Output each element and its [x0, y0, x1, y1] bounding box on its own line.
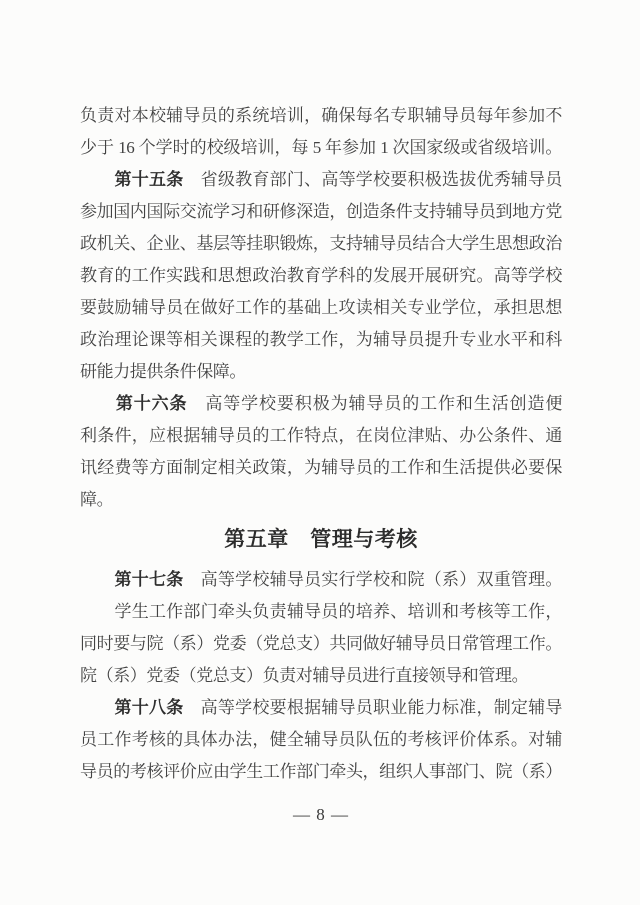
- document-page: 负责对本校辅导员的系统培训，确保每名专职辅导员每年参加不少于 16 个学时的校级…: [0, 0, 640, 905]
- text-line: 导员的考核评价应由学生工作部门牵头，组织人事部门、院（系）: [80, 756, 562, 788]
- text-line: 同时要与院（系）党委（党总支）共同做好辅导员日常管理工作。: [80, 628, 562, 660]
- text-line: 院（系）党委（党总支）负责对辅导员进行直接领导和管理。: [80, 660, 562, 692]
- text-line: 障。: [80, 484, 562, 516]
- text-line: 负责对本校辅导员的系统培训，确保每名专职辅导员每年参加不: [80, 100, 562, 132]
- document-lines: 负责对本校辅导员的系统培训，确保每名专职辅导员每年参加不少于 16 个学时的校级…: [80, 100, 562, 788]
- text-line: 员工作考核的具体办法，健全辅导员队伍的考核评价体系。对辅: [80, 724, 562, 756]
- text-line: 第十八条 高等学校要根据辅导员职业能力标准，制定辅导: [80, 692, 562, 724]
- text-line: 参加国内国际交流学习和研修深造，创造条件支持辅导员到地方党: [80, 196, 562, 228]
- text-line: 少于 16 个学时的校级培训，每 5 年参加 1 次国家级或省级培训。: [80, 132, 562, 164]
- text-line: 政治理论课等相关课程的教学工作，为辅导员提升专业水平和科: [80, 324, 562, 356]
- text-line: 政机关、企业、基层等挂职锻炼，支持辅导员结合大学生思想政治: [80, 228, 562, 260]
- text-line: 学生工作部门牵头负责辅导员的培养、培训和考核等工作，: [80, 596, 562, 628]
- page-number: — 8 —: [293, 805, 349, 824]
- chapter-heading: 第五章 管理与考核: [80, 524, 562, 556]
- text-line: 第十五条 省级教育部门、高等学校要积极选拔优秀辅导员: [80, 164, 562, 196]
- text-line: 利条件，应根据辅导员的工作特点，在岗位津贴、办公条件、通: [80, 420, 562, 452]
- text-line: 第十六条 高等学校要积极为辅导员的工作和生活创造便: [80, 388, 562, 420]
- page-content: 负责对本校辅导员的系统培训，确保每名专职辅导员每年参加不少于 16 个学时的校级…: [80, 100, 562, 831]
- text-line: 要鼓励辅导员在做好工作的基础上攻读相关专业学位，承担思想: [80, 292, 562, 324]
- text-line: 讯经费等方面制定相关政策，为辅导员的工作和生活提供必要保: [80, 452, 562, 484]
- text-line: 第十七条 高等学校辅导员实行学校和院（系）双重管理。: [80, 564, 562, 596]
- text-line: 研能力提供条件保障。: [80, 356, 562, 388]
- page-footer: — 8 —: [80, 799, 562, 831]
- text-line: 教育的工作实践和思想政治教育学科的发展开展研究。高等学校: [80, 260, 562, 292]
